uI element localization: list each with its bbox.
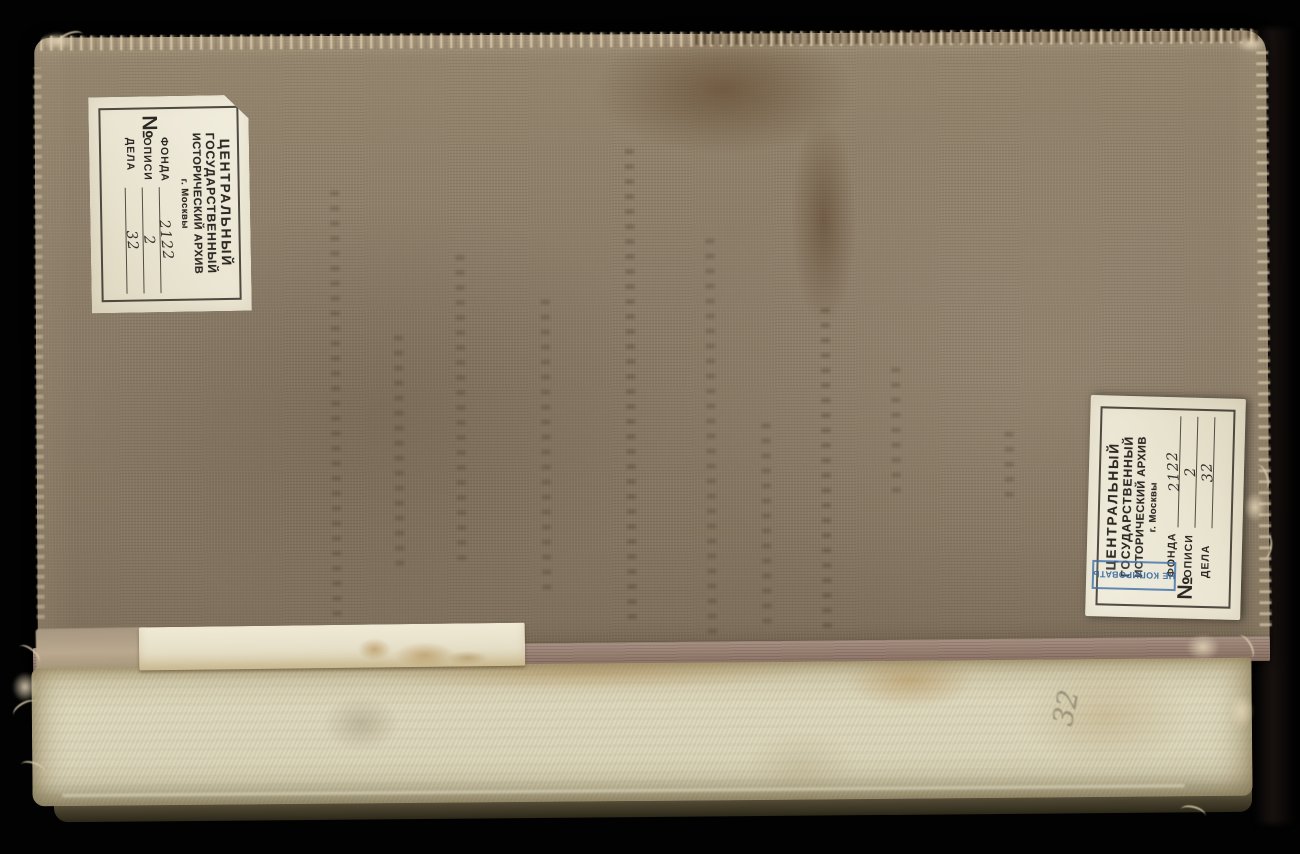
pencil-inscription: 32 (1046, 687, 1085, 729)
field-underline: 32 (124, 187, 144, 293)
ghost-ink-smudge (705, 239, 716, 634)
field-underline: 2122 (158, 187, 178, 293)
frayed-tuft (1244, 492, 1266, 522)
field-underline: 2 (141, 187, 161, 293)
ghost-ink-smudge (761, 418, 771, 623)
field-label: ОПИСИ (1183, 527, 1196, 577)
frayed-tuft (1236, 36, 1266, 52)
ghost-ink-smudge (625, 149, 637, 619)
no-copy-stamp: НЕ КОПИРОВАТЬ (1092, 560, 1177, 591)
frayed-tuft (1228, 694, 1254, 728)
field-label: ДЕЛА (1199, 528, 1212, 578)
stamp-fields: № ФОНДА 2122 ОПИСИ 2 ДЕЛА 32 (123, 115, 177, 294)
field-value-handwritten: 32 (1200, 462, 1217, 483)
ghost-ink-smudge (455, 250, 466, 560)
ghost-ink-smudge (821, 298, 832, 628)
frayed-edge-left (33, 68, 44, 619)
field-label: ДЕЛА (124, 138, 137, 188)
ghost-ink-smudge (541, 300, 552, 590)
worn-cloth-left (36, 627, 149, 673)
number-sign: № (1175, 577, 1197, 600)
frayed-tuft (12, 672, 38, 702)
frayed-tuft (40, 32, 74, 50)
archive-stamp-frame: ЦЕНТРАЛЬНЫЙ ГОСУДАРСТВЕННЫЙ ИСТОРИЧЕСКИЙ… (98, 106, 241, 302)
field-value-handwritten: 32 (122, 230, 140, 252)
band-highlight (63, 784, 1185, 797)
ghost-ink-smudge (394, 336, 404, 566)
spine-cloth-band: 32 (31, 658, 1252, 807)
archive-label-top-left: ЦЕНТРАЛЬНЫЙ ГОСУДАРСТВЕННЫЙ ИСТОРИЧЕСКИЙ… (88, 95, 252, 314)
field-rows: ФОНДА 2122 ОПИСИ 2 ДЕЛА 32 (1161, 416, 1216, 578)
number-sign: № (138, 115, 159, 137)
field-row-delo: ДЕЛА 32 (1194, 417, 1215, 578)
field-underline: 32 (1195, 417, 1216, 528)
field-rows: ФОНДА 2122 ОПИСИ 2 ДЕЛА 32 (124, 137, 178, 294)
stamp-org-line-2: ГОСУДАРСТВЕННЫЙ (202, 114, 219, 292)
field-label: ОПИСИ (141, 137, 154, 187)
scanner-background: 32 ЦЕНТРАЛЬНЫЙ ГОСУДАРСТВЕННЫЙ ИСТОРИЧЕС… (0, 0, 1300, 854)
ghost-ink-smudge (330, 186, 342, 616)
paper-strip (139, 623, 525, 671)
field-label: ФОНДА (158, 137, 171, 187)
ghost-ink-smudge (1004, 427, 1013, 497)
frayed-tuft (1186, 634, 1220, 660)
ghost-ink-smudge (891, 362, 901, 492)
